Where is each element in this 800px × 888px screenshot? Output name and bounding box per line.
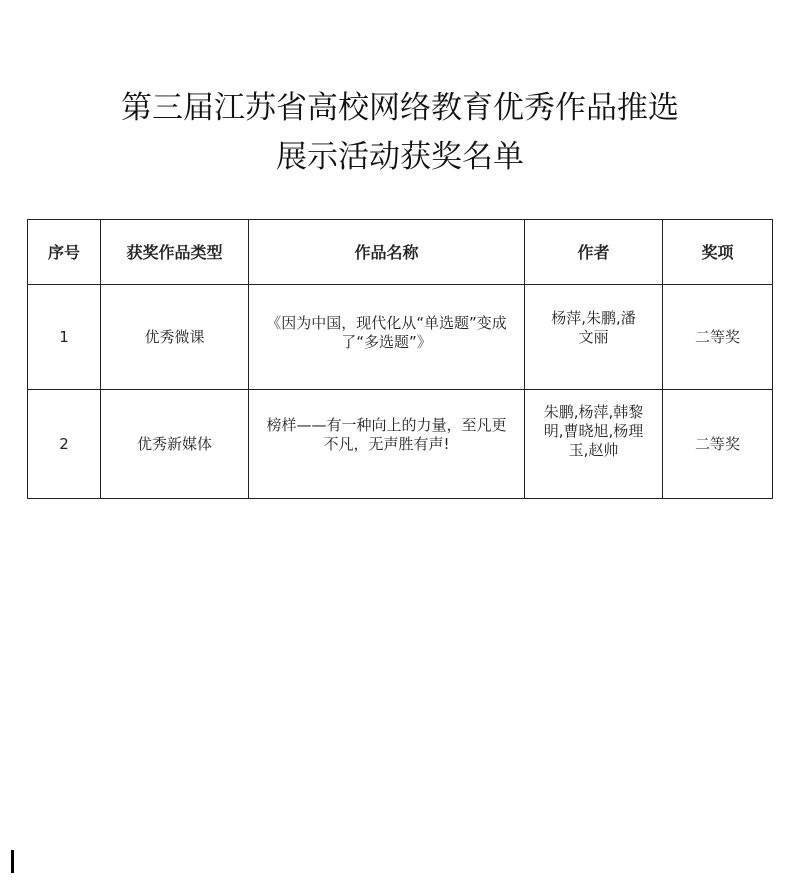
cell-authors: 杨萍,朱鹏,潘文丽: [525, 285, 663, 390]
work-name-text: 榜样——有一种向上的力量，至凡更不凡，无声胜有声!: [267, 416, 507, 454]
text-cursor: [11, 850, 14, 873]
index-text: 1: [59, 328, 69, 347]
type-text: 优秀微课: [144, 328, 204, 347]
authors-text: 朱鹏,杨萍,韩黎明,曹晓旭,杨理玉,赵帅: [538, 403, 650, 460]
cell-work-name: 榜样——有一种向上的力量，至凡更不凡，无声胜有声!: [249, 390, 525, 499]
type-text: 优秀新媒体: [137, 435, 212, 454]
award-text: 二等奖: [695, 328, 740, 347]
award-text: 二等奖: [695, 435, 740, 454]
table-row: 2 优秀新媒体 榜样——有一种向上的力量，至凡更不凡，无声胜有声! 朱鹏,杨萍,…: [28, 390, 773, 499]
cell-work-name: 《因为中国，现代化从“单选题”变成了“多选题”》: [249, 285, 525, 390]
index-text: 2: [59, 435, 69, 454]
header-type: 获奖作品类型: [101, 220, 249, 285]
table-header-row: 序号 获奖作品类型 作品名称 作者 奖项: [28, 220, 773, 285]
header-award: 奖项: [663, 220, 773, 285]
cell-award: 二等奖: [663, 285, 773, 390]
cell-authors: 朱鹏,杨萍,韩黎明,曹晓旭,杨理玉,赵帅: [525, 390, 663, 499]
cell-index: 2: [28, 390, 101, 499]
work-name-text: 《因为中国，现代化从“单选题”变成了“多选题”》: [255, 314, 518, 352]
table-row: 1 优秀微课 《因为中国，现代化从“单选题”变成了“多选题”》 杨萍,朱鹏,潘文…: [28, 285, 773, 390]
document-title-line-2: 展示活动获奖名单: [0, 131, 800, 176]
header-work-name: 作品名称: [249, 220, 525, 285]
authors-text: 杨萍,朱鹏,潘文丽: [549, 309, 639, 347]
cell-type: 优秀新媒体: [101, 390, 249, 499]
document-title-line-1: 第三届江苏省高校网络教育优秀作品推选: [0, 82, 800, 127]
header-index: 序号: [28, 220, 101, 285]
header-authors: 作者: [525, 220, 663, 285]
award-list-table: 序号 获奖作品类型 作品名称 作者 奖项 1 优秀微课 《因为中国，现代化从“单…: [27, 219, 773, 499]
cell-type: 优秀微课: [101, 285, 249, 390]
cell-award: 二等奖: [663, 390, 773, 499]
cell-index: 1: [28, 285, 101, 390]
